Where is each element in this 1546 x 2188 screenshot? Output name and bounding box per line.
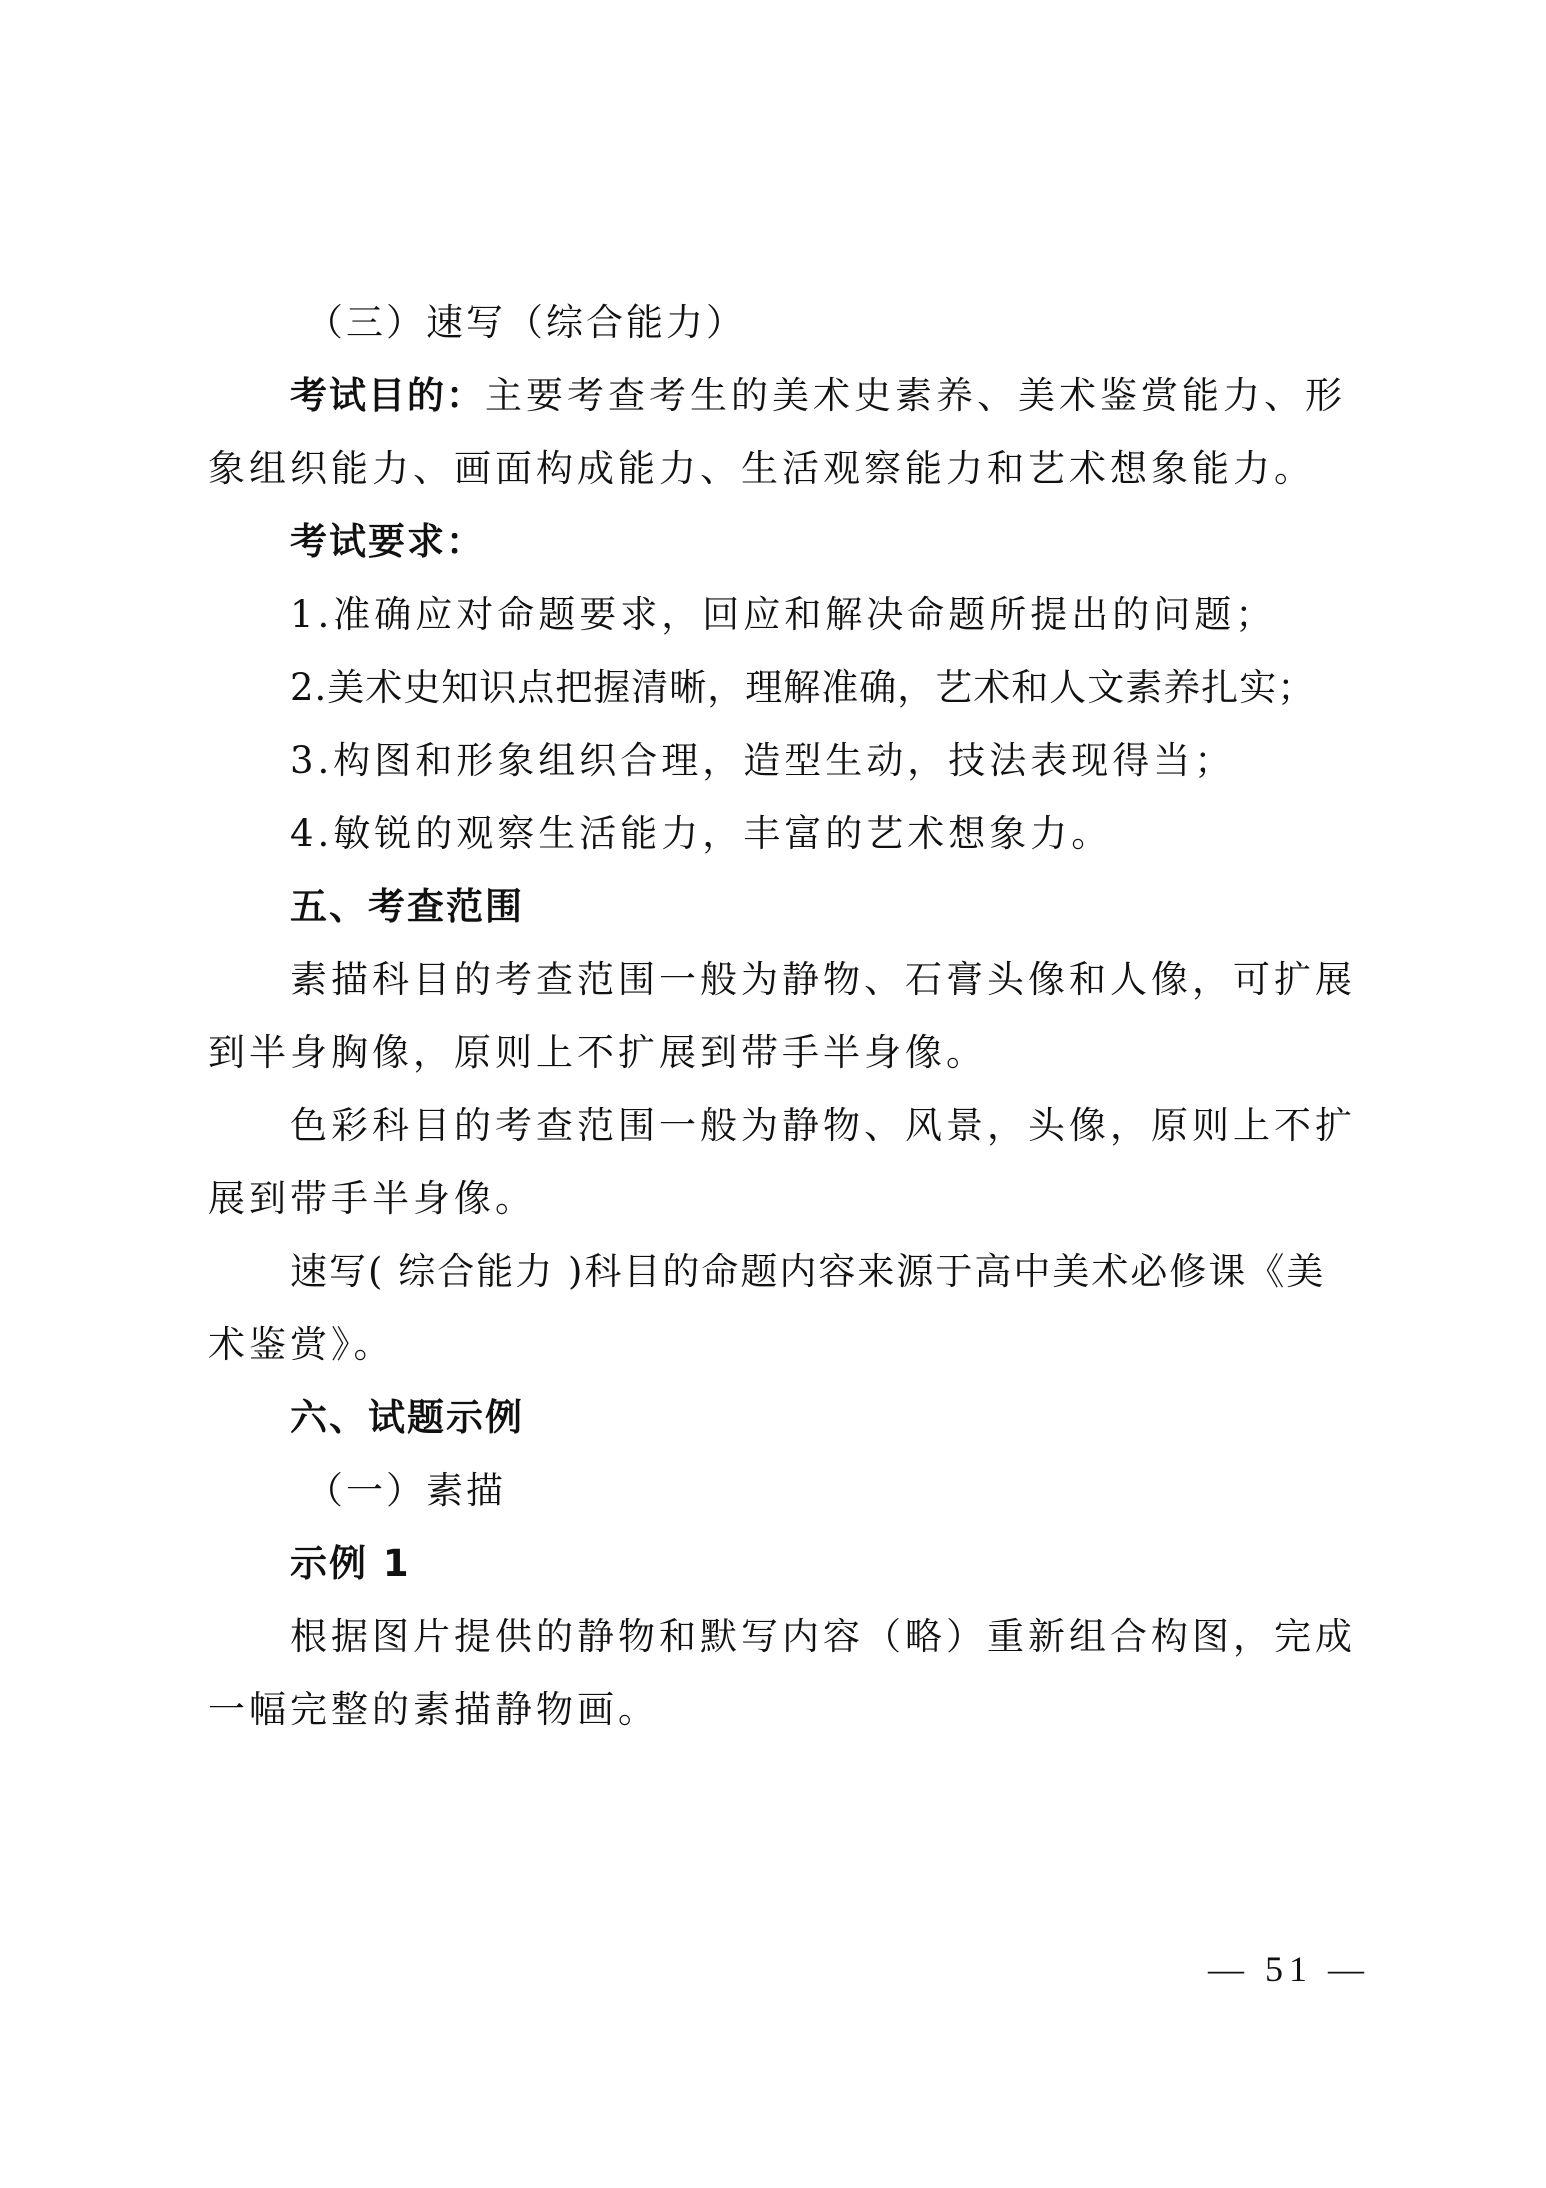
scope-color-line-1: 色彩科目的考查范围一般为静物、风景，头像，原则上不扩 bbox=[208, 1089, 1358, 1162]
section-3-heading: （三）速写（综合能力） bbox=[208, 286, 1358, 359]
scope-color-line-2: 展到带手半身像。 bbox=[208, 1162, 1358, 1235]
exam-purpose-text: 主要考查考生的美术史素养、美术鉴赏能力、形 bbox=[485, 374, 1346, 417]
section-6-subheading: （一）素描 bbox=[208, 1454, 1358, 1527]
exam-requirements-label: 考试要求： bbox=[208, 505, 1358, 578]
scope-quick-sketch-line-1: 速写( 综合能力 )科目的命题内容来源于高中美术必修课《美 bbox=[208, 1235, 1358, 1308]
page-content: （三）速写（综合能力） 考试目的：主要考查考生的美术史素养、美术鉴赏能力、形 象… bbox=[208, 286, 1358, 1746]
document-page: （三）速写（综合能力） 考试目的：主要考查考生的美术史素养、美术鉴赏能力、形 象… bbox=[0, 0, 1546, 2188]
scope-sketch-line-1: 素描科目的考查范围一般为静物、石膏头像和人像，可扩展 bbox=[208, 943, 1358, 1016]
section-5-heading: 五、考查范围 bbox=[208, 870, 1358, 943]
scope-quick-sketch-line-2: 术鉴赏》。 bbox=[208, 1308, 1358, 1381]
page-number: — 51 — bbox=[1208, 1948, 1370, 1990]
requirement-item-1: 1.准确应对命题要求，回应和解决命题所提出的问题； bbox=[208, 578, 1358, 651]
requirement-item-2: 2.美术史知识点把握清晰，理解准确，艺术和人文素养扎实； bbox=[208, 651, 1358, 724]
example-label: 示例 1 bbox=[208, 1527, 1358, 1600]
section-6-heading: 六、试题示例 bbox=[208, 1381, 1358, 1454]
exam-purpose-label: 考试目的： bbox=[290, 374, 485, 417]
example-text-line-1: 根据图片提供的静物和默写内容（略）重新组合构图，完成 bbox=[208, 1600, 1358, 1673]
exam-purpose-line-1: 考试目的：主要考查考生的美术史素养、美术鉴赏能力、形 bbox=[208, 359, 1358, 432]
exam-purpose-line-2: 象组织能力、画面构成能力、生活观察能力和艺术想象能力。 bbox=[208, 432, 1358, 505]
requirement-item-4: 4.敏锐的观察生活能力，丰富的艺术想象力。 bbox=[208, 797, 1358, 870]
scope-sketch-line-2: 到半身胸像，原则上不扩展到带手半身像。 bbox=[208, 1016, 1358, 1089]
requirement-item-3: 3.构图和形象组织合理，造型生动，技法表现得当； bbox=[208, 724, 1358, 797]
example-text-line-2: 一幅完整的素描静物画。 bbox=[208, 1673, 1358, 1746]
